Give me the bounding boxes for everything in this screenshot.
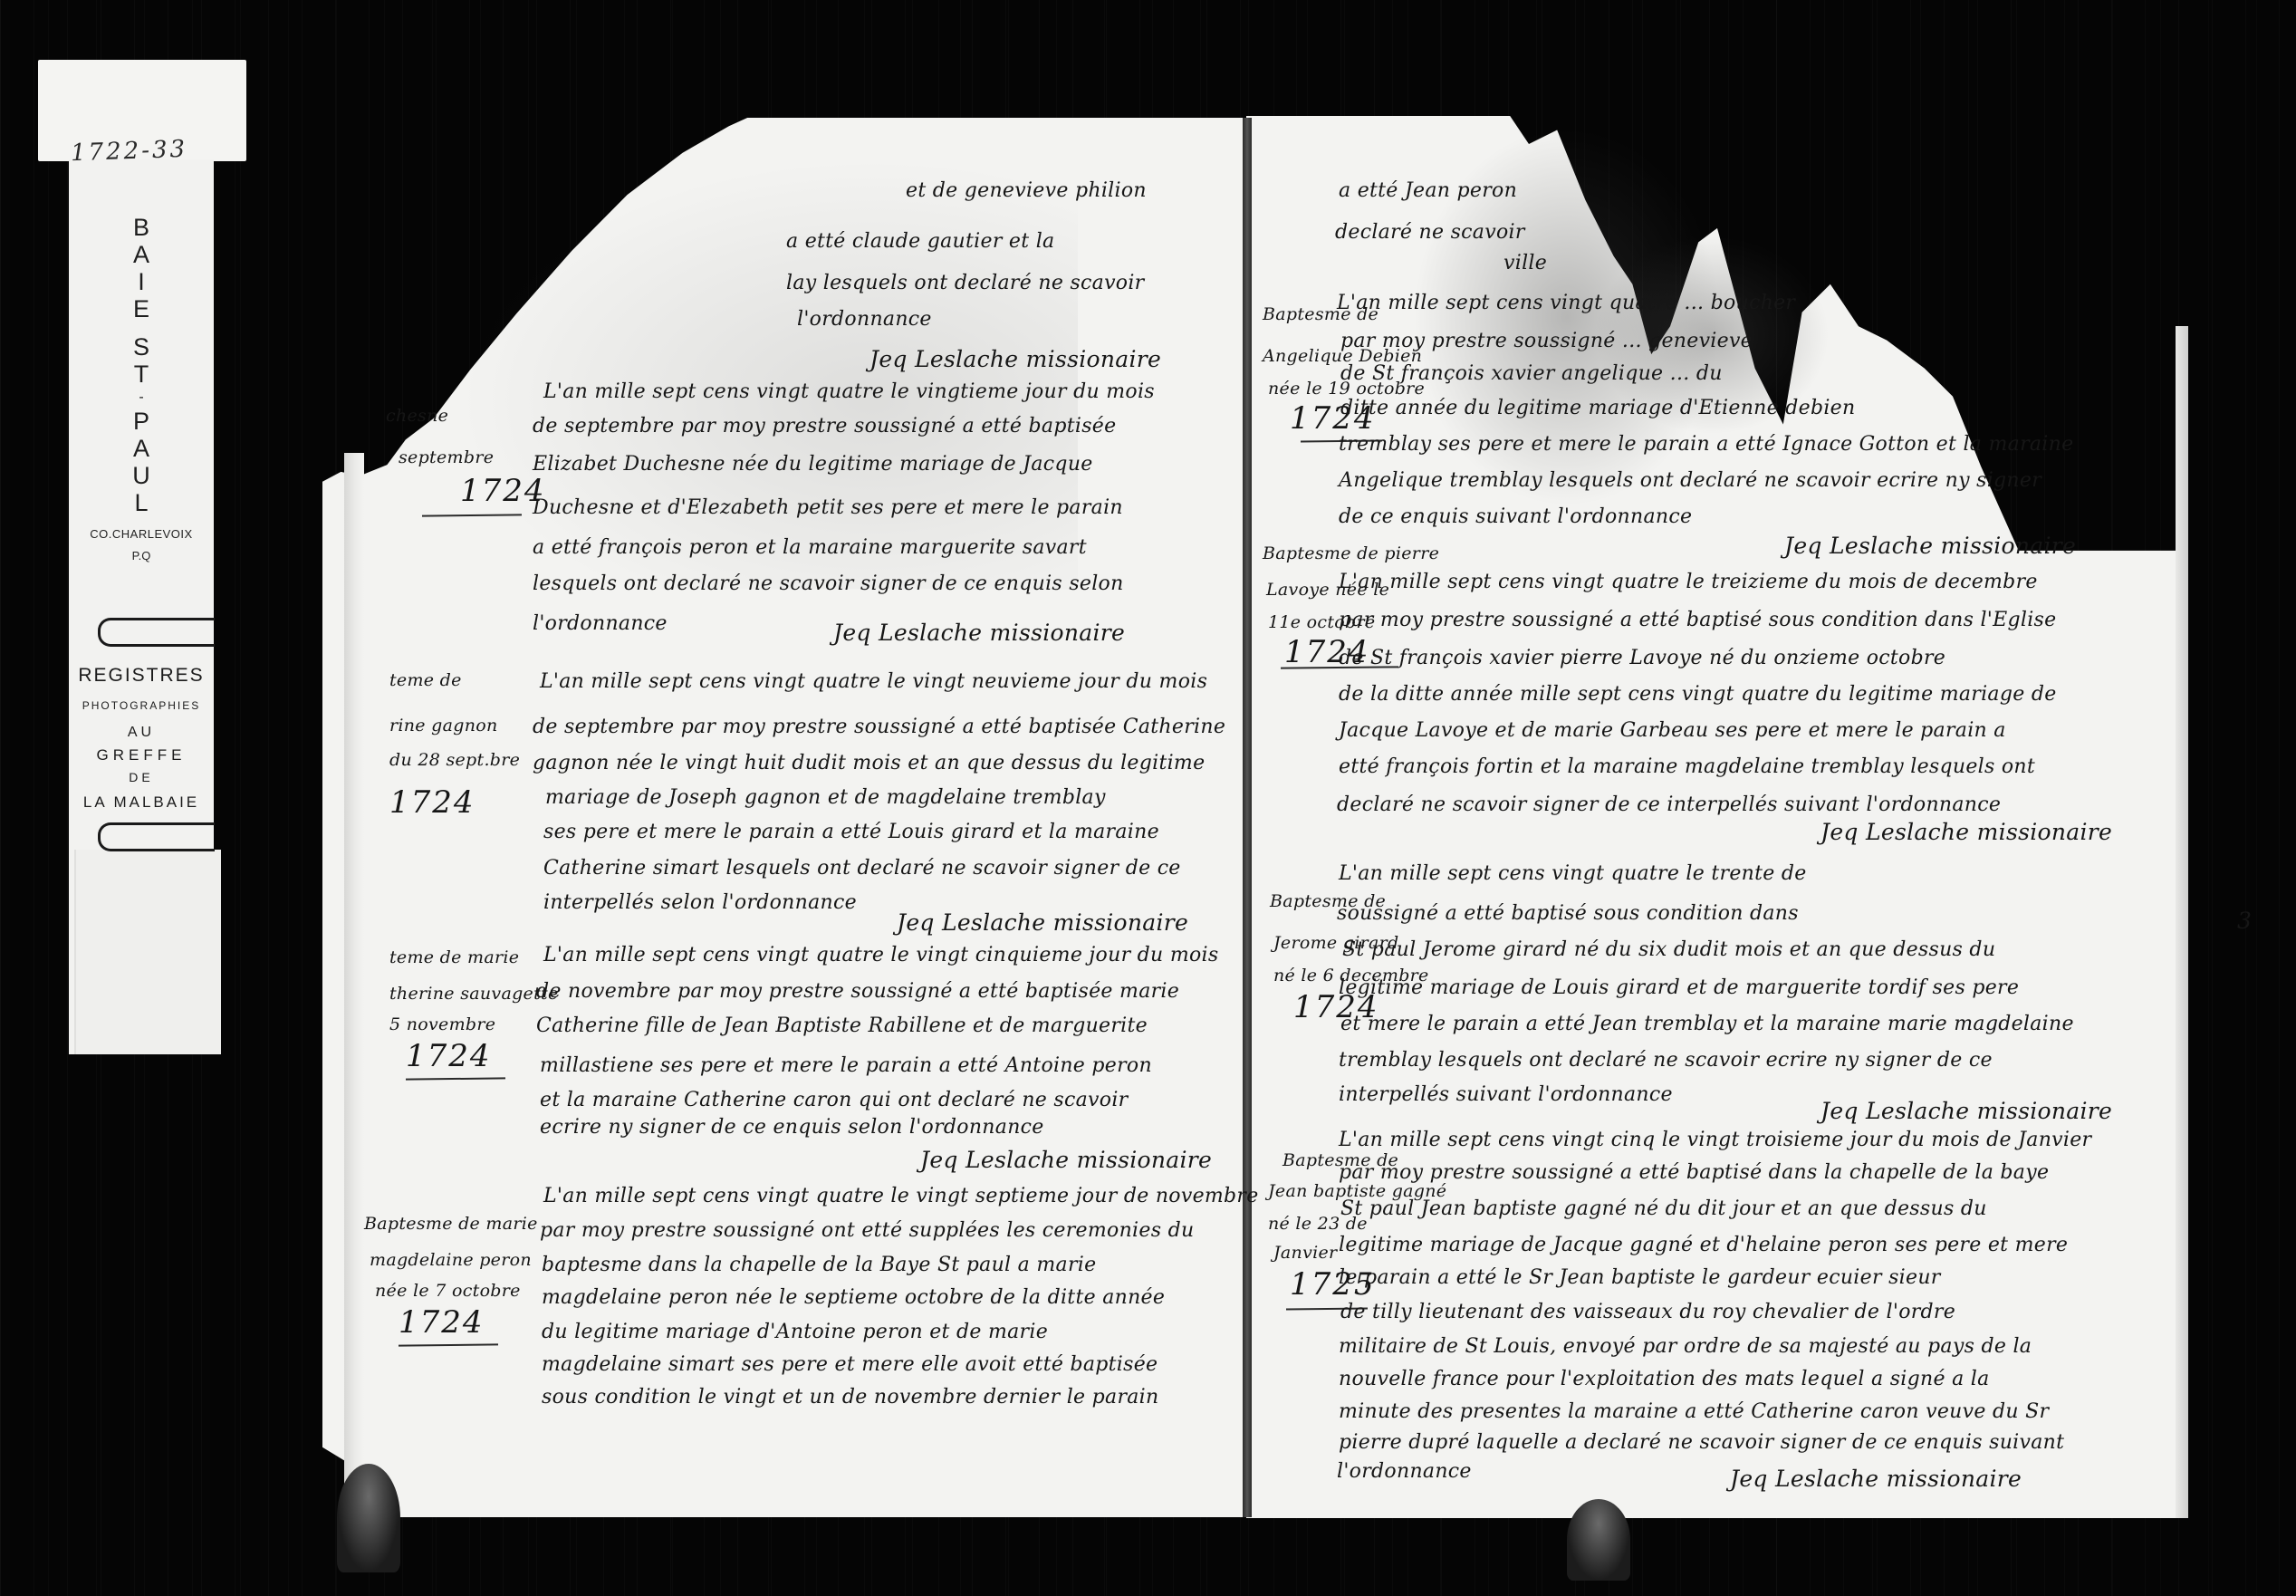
- place-letter: A: [133, 435, 149, 462]
- thumb-left: [337, 1464, 400, 1572]
- hw-line: millastiene ses pere et mere le parain a…: [540, 1054, 1152, 1077]
- hw-line: l'ordonnance: [797, 308, 932, 331]
- hw-line: ecrire ny signer de ce enquis selon l'or…: [540, 1116, 1044, 1139]
- place-letter: L: [134, 489, 148, 516]
- hw-line: de la ditte année mille sept cens vingt …: [1339, 683, 2057, 706]
- page-number-mark: 3: [2237, 908, 2252, 934]
- hw-line: de St françois xavier angelique ... du: [1340, 362, 1723, 385]
- hw-line: de septembre par moy prestre soussigné a…: [533, 415, 1116, 437]
- signature: Jeq Leslache missionaire: [897, 909, 1188, 936]
- hw-line: tremblay lesquels ont declaré ne scavoir…: [1339, 1049, 1993, 1072]
- hw-line: le parain a etté le Sr Jean baptiste le …: [1339, 1266, 1941, 1289]
- margin-note: Baptesme de pierre: [1263, 543, 1439, 563]
- margin-note: du 28 sept.bre: [389, 750, 520, 770]
- hw-line: gagnon née le vingt huit dudit mois et a…: [533, 752, 1205, 774]
- signature: Jeq Leslache missionaire: [920, 1147, 1212, 1173]
- hw-line: St paul Jerome girard né du six dudit mo…: [1342, 938, 1995, 961]
- signature: Jeq Leslache missionaire: [869, 346, 1161, 372]
- place-letter: -: [139, 388, 143, 408]
- hw-line: ses pere et mere le parain a etté Louis …: [543, 821, 1159, 843]
- hw-line: interpellés selon l'ordonnance: [543, 891, 857, 914]
- margin-note: teme de: [389, 670, 462, 690]
- book-spine: [1243, 118, 1252, 1517]
- margin-note: Baptesme de marie: [364, 1214, 538, 1234]
- place-letter: E: [133, 295, 149, 322]
- place-letter: S: [133, 333, 149, 361]
- label-year-range: 1722-33: [71, 136, 188, 167]
- hw-line: declaré ne scavoir: [1335, 221, 1525, 244]
- hw-line: lesquels ont declaré ne scavoir signer d…: [533, 572, 1124, 595]
- signature: Jeq Leslache missionaire: [1820, 819, 2112, 845]
- hw-line: Duchesne et d'Elezabeth petit ses pere e…: [533, 496, 1123, 519]
- stamp-line-registres: REGISTRES: [69, 665, 214, 687]
- hw-line: Catherine simart lesquels ont declaré ne…: [543, 857, 1181, 880]
- hw-line: magdelaine peron née le septieme octobre…: [542, 1286, 1165, 1309]
- hw-line: militaire de St Louis, envoyé par ordre …: [1339, 1335, 2032, 1358]
- hw-line: par moy prestre soussigné a etté baptisé…: [1339, 609, 2056, 631]
- label-province: P.Q: [69, 549, 214, 562]
- left-page-fold-edge: [344, 453, 364, 1513]
- hw-line: declaré ne scavoir signer de ce interpel…: [1337, 793, 2001, 816]
- paperclip-icon: [98, 618, 209, 647]
- hw-line: L'an mille sept cens vingt quatre le vin…: [540, 670, 1207, 693]
- hw-line: baptesme dans la chapelle de la Baye St …: [542, 1254, 1096, 1276]
- place-letter: T: [134, 361, 149, 388]
- hw-line: Elizabet Duchesne née du legitime mariag…: [533, 453, 1093, 476]
- hw-line: L'an mille sept cens vingt quatre le tre…: [1339, 571, 2038, 593]
- hw-line: legitime mariage de Jacque gagné et d'he…: [1339, 1234, 2068, 1256]
- stamp-line-photographies: PHOTOGRAPHIES: [69, 699, 214, 712]
- hw-line: magdelaine simart ses pere et mere elle …: [542, 1353, 1158, 1376]
- right-page-edge: [2176, 326, 2188, 1518]
- hw-line: ditte année du legitime mariage d'Etienn…: [1340, 397, 1855, 419]
- hw-line: Jacque Lavoye et de marie Garbeau ses pe…: [1339, 719, 2006, 742]
- hw-line: L'an mille sept cens vingt quatre le vin…: [543, 380, 1155, 403]
- margin-year: 1724: [389, 784, 476, 821]
- hw-line: L'an mille sept cens vingt cinq le vingt…: [1339, 1129, 2091, 1151]
- stamp-line-au: AU: [69, 725, 214, 741]
- margin-note: magdelaine peron: [370, 1250, 532, 1270]
- hw-line: L'an mille sept cens vingt quatre ... bo…: [1337, 292, 1795, 314]
- hw-line: L'an mille sept cens vingt quatre le vin…: [543, 944, 1218, 966]
- hw-line: lay lesquels ont declaré ne scavoir: [786, 272, 1145, 294]
- hw-line: ville: [1503, 252, 1547, 274]
- margin-note: Janvier: [1273, 1243, 1337, 1263]
- margin-note: née le 7 octobre: [375, 1281, 521, 1301]
- hw-line: de ce enquis suivant l'ordonnance: [1339, 505, 1692, 528]
- hw-line: par moy prestre soussigné ont etté suppl…: [540, 1219, 1194, 1242]
- hw-line: pierre dupré laquelle a declaré ne scavo…: [1339, 1431, 2064, 1454]
- hw-line: l'ordonnance: [1337, 1460, 1472, 1483]
- hw-line: L'an mille sept cens vingt quatre le tre…: [1339, 862, 1807, 885]
- margin-note: teme de marie: [389, 947, 519, 967]
- hw-line: tremblay ses pere et mere le parain a et…: [1339, 433, 2073, 456]
- hw-line: de septembre par moy prestre soussigné a…: [533, 716, 1225, 738]
- hw-line: l'ordonnance: [533, 612, 668, 635]
- hw-line: a etté claude gautier et la: [786, 230, 1054, 253]
- signature: Jeq Leslache missionaire: [1730, 1466, 2022, 1492]
- margin-note: septembre: [399, 447, 494, 467]
- margin-note: chesne: [386, 406, 448, 426]
- margin-year: 1724: [399, 1304, 485, 1341]
- hw-line: par moy prestre soussigné ... genevieve: [1340, 330, 1753, 352]
- signature: Jeq Leslache missionaire: [1784, 533, 2076, 559]
- hw-line: nouvelle france pour l'exploitation des …: [1339, 1368, 1990, 1390]
- place-letter: I: [138, 268, 145, 295]
- place-letter: A: [133, 241, 149, 268]
- margin-note: rine gagnon: [389, 716, 498, 736]
- hw-line: de tilly lieutenant des vaisseaux du roy…: [1340, 1301, 1955, 1323]
- hw-line: mariage de Joseph gagnon et de magdelain…: [545, 786, 1106, 809]
- hw-line: et mere le parain a etté Jean tremblay e…: [1340, 1013, 2074, 1035]
- signature: Jeq Leslache missionaire: [833, 620, 1125, 646]
- hw-line: L'an mille sept cens vingt quatre le vin…: [543, 1185, 1259, 1207]
- margin-note: therine sauvagette: [389, 984, 559, 1004]
- hw-line: legitime mariage de Louis girard et de m…: [1339, 976, 2019, 999]
- stamp-line-greffe: GREFFE: [69, 746, 214, 764]
- hw-line: par moy prestre soussigné a etté baptisé…: [1339, 1161, 2049, 1184]
- hw-line: du legitime mariage d'Antoine peron et d…: [542, 1321, 1048, 1343]
- hw-line: et la maraine Catherine caron qui ont de…: [540, 1089, 1128, 1111]
- hw-line: interpellés suivant l'ordonnance: [1339, 1083, 1673, 1106]
- place-letter: B: [133, 214, 149, 241]
- margin-year: 1724: [406, 1038, 492, 1074]
- hw-line: et de genevieve philion: [906, 179, 1147, 202]
- hw-line: minute des presentes la maraine a etté C…: [1339, 1400, 2049, 1423]
- hw-line: a etté françois peron et la maraine marg…: [533, 536, 1087, 559]
- hw-line: Catherine fille de Jean Baptiste Rabille…: [536, 1014, 1148, 1037]
- stamp-line-la-malbaie: LA MALBAIE: [69, 793, 214, 812]
- hw-line: a etté Jean peron: [1339, 179, 1517, 202]
- label-place-vertical: B A I E S T - P A U L: [69, 214, 214, 516]
- place-letter: U: [132, 462, 150, 489]
- hw-line: soussigné a etté baptisé sous condition …: [1337, 902, 1799, 925]
- stamp-line-de: DE: [69, 770, 214, 784]
- signature: Jeq Leslache missionaire: [1820, 1098, 2112, 1124]
- hw-line: St paul Jean baptiste gagné né du dit jo…: [1340, 1197, 1987, 1220]
- label-strip-lower: [74, 850, 221, 1054]
- paperclip-icon: [98, 822, 209, 851]
- place-letter: P: [133, 408, 149, 435]
- hw-line: Angelique tremblay lesquels ont declaré …: [1339, 469, 2041, 492]
- hw-line: sous condition le vingt et un de novembr…: [542, 1386, 1158, 1409]
- hw-line: etté françois fortin et la maraine magde…: [1339, 755, 2035, 778]
- thumb-right: [1567, 1499, 1630, 1581]
- margin-note: 5 novembre: [389, 1014, 495, 1034]
- label-county: CO.CHARLEVOIX: [69, 527, 214, 541]
- hw-line: de St françois xavier pierre Lavoye né d…: [1339, 647, 1945, 669]
- hw-line: de novembre par moy prestre soussigné a …: [536, 980, 1179, 1003]
